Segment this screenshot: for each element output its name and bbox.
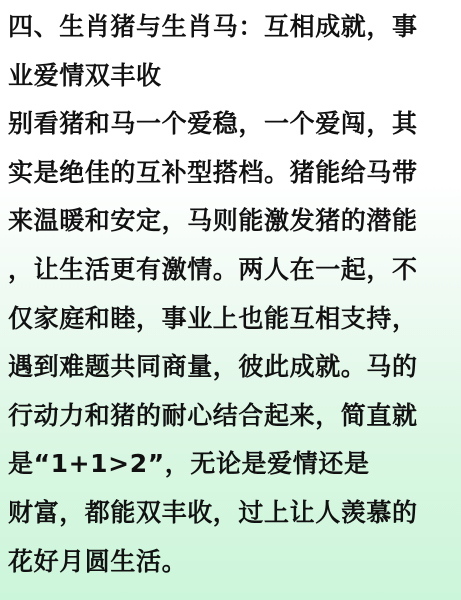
body-line-5: 仅家庭和睦，事业上也能互相支持， bbox=[8, 295, 458, 344]
body-line-8: 是“1+1>2”，无论是爱情还是 bbox=[8, 440, 458, 489]
heading-line-2: 业爱情双丰收 bbox=[8, 52, 458, 101]
body-line-1: 别看猪和马一个爱稳，一个爱闯，其 bbox=[8, 100, 458, 149]
body-line-3: 来温暖和安定，马则能激发猪的潜能 bbox=[8, 197, 458, 246]
article: 四、生肖猪与生肖马：互相成就，事 业爱情双丰收 别看猪和马一个爱稳，一个爱闯，其… bbox=[8, 3, 458, 586]
body-line-2: 实是绝佳的互补型搭档。猪能给马带 bbox=[8, 149, 458, 198]
body-line-6: 遇到难题共同商量，彼此成就。马的 bbox=[8, 343, 458, 392]
body-line-9: 财富，都能双丰收，过上让人羡慕的 bbox=[8, 489, 458, 538]
body-line-10: 花好月圆生活。 bbox=[8, 538, 458, 587]
heading-line-1: 四、生肖猪与生肖马：互相成就，事 bbox=[8, 3, 458, 52]
body-line-7: 行动力和猪的耐心结合起来，简直就 bbox=[8, 392, 458, 441]
body-line-4: ，让生活更有激情。两人在一起，不 bbox=[8, 246, 458, 295]
